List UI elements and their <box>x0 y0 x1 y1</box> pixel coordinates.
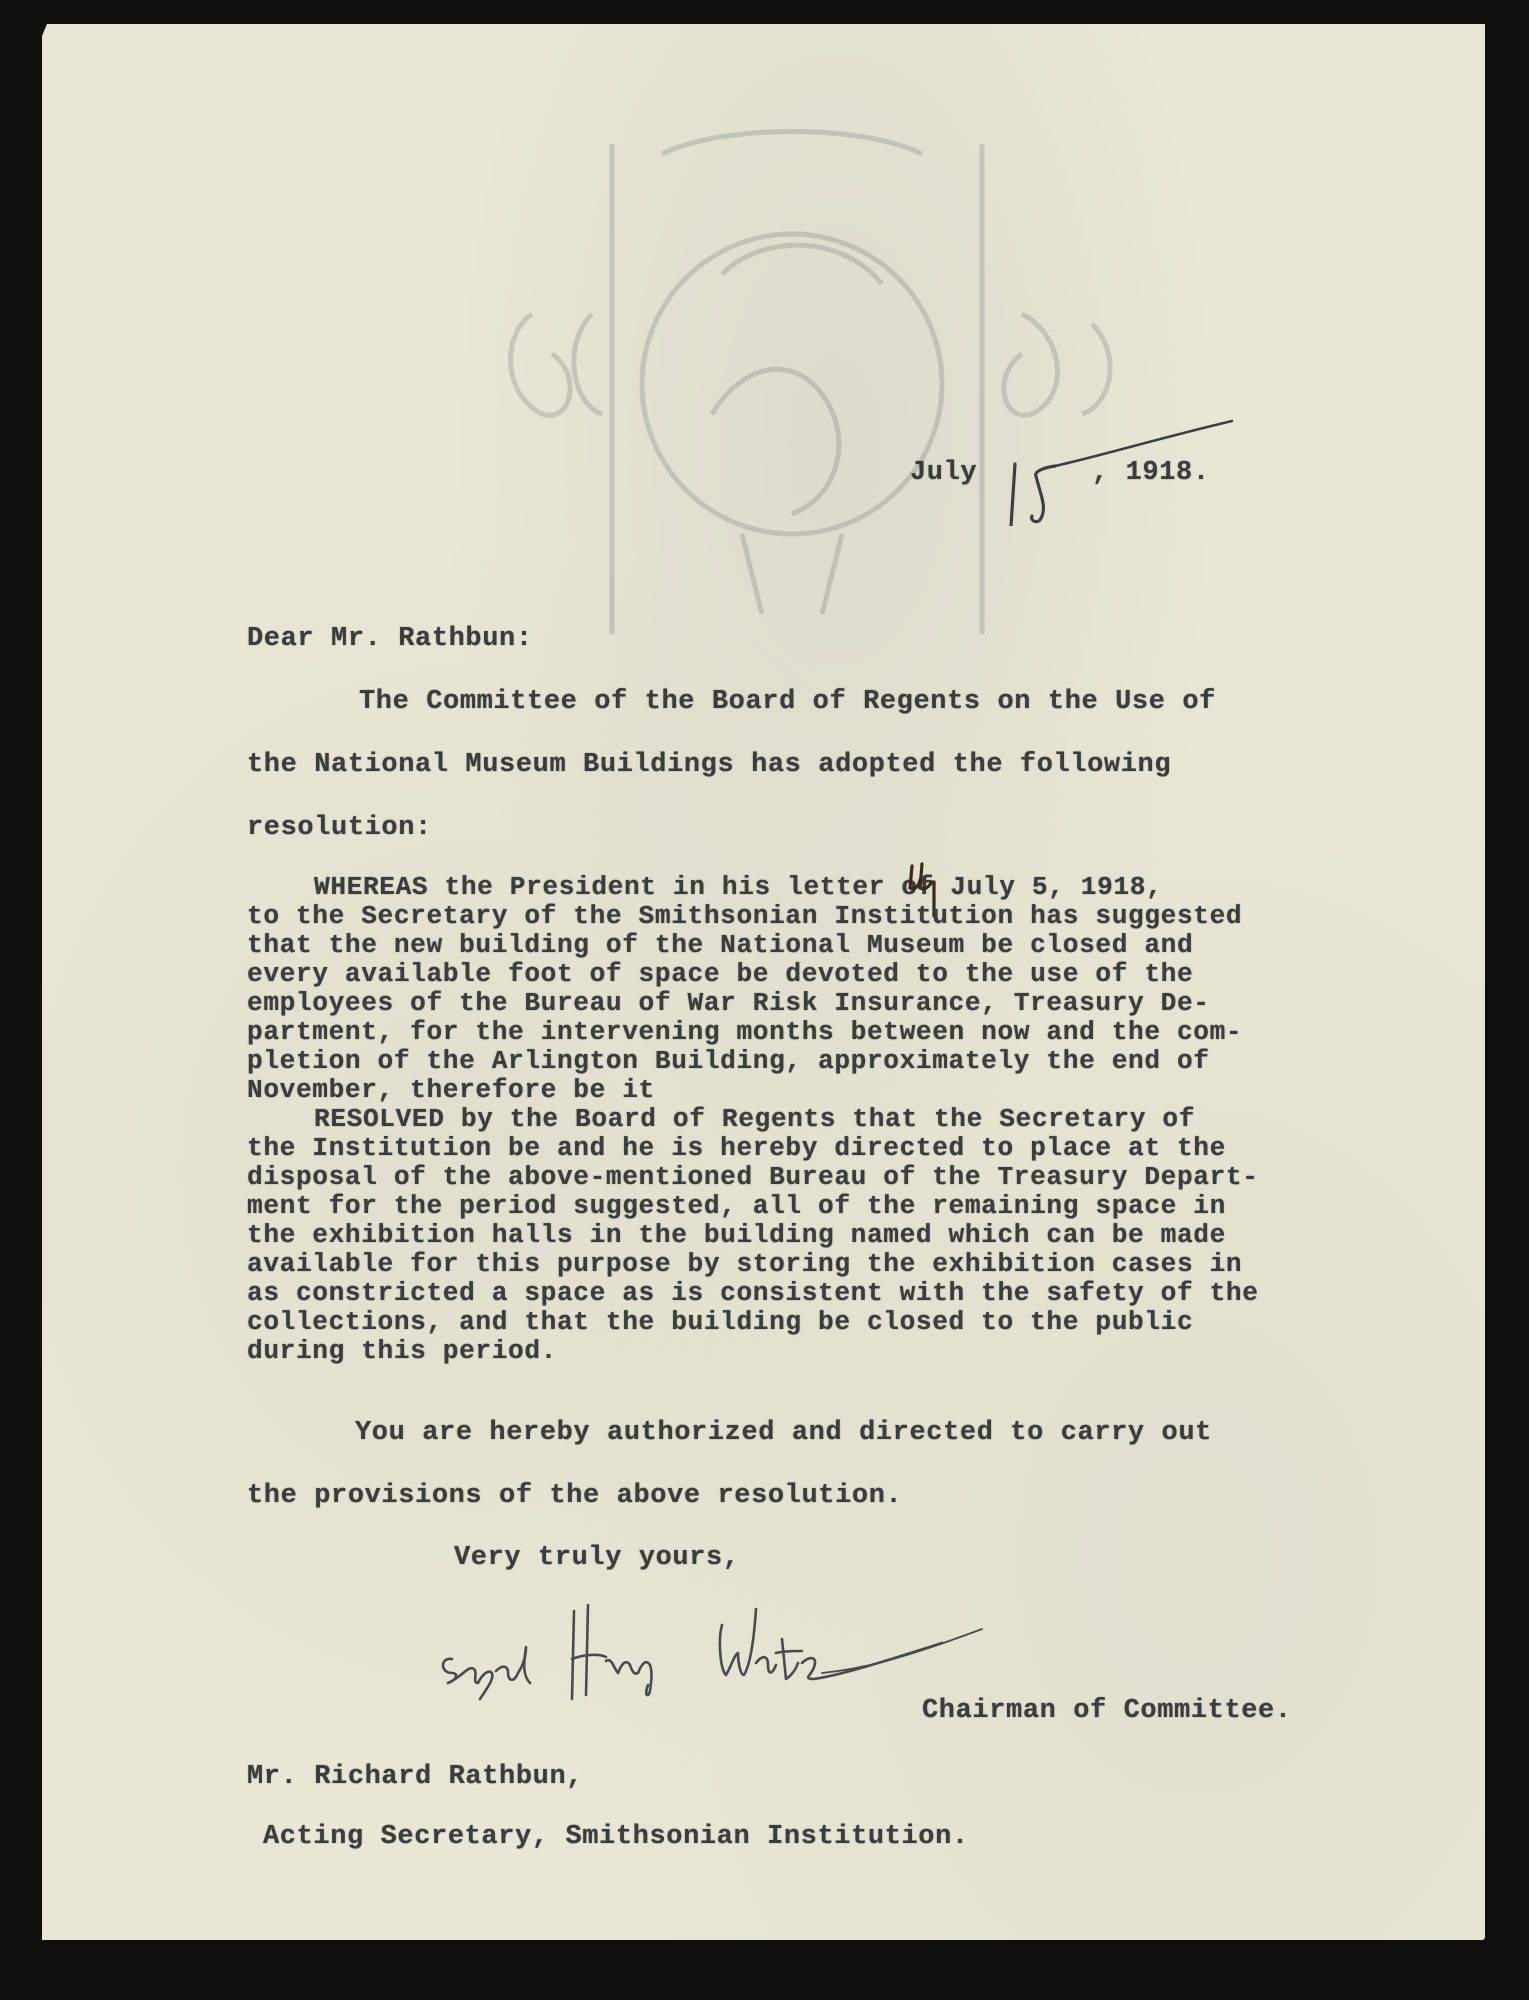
complimentary-close: Very truly yours, <box>454 1543 740 1573</box>
resolution-line-11: disposal of the above-mentioned Bureau o… <box>247 1162 1259 1192</box>
resolution-line-1: WHEREAS the President in his letter of J… <box>314 872 1162 902</box>
date-month: July <box>910 458 977 488</box>
resolution-line-12: ment for the period suggested, all of th… <box>247 1191 1226 1221</box>
resolution-line-17: during this period. <box>247 1336 557 1366</box>
watermark-emblem-icon <box>462 114 1142 634</box>
recipient-name: Mr. Richard Rathbun, <box>247 1762 583 1792</box>
resolution-line-9: RESOLVED by the Board of Regents that th… <box>314 1104 1195 1134</box>
resolution-line-5: employees of the Bureau of War Risk Insu… <box>247 988 1210 1018</box>
resolution-line-7: pletion of the Arlington Building, appro… <box>247 1046 1210 1076</box>
intro-line-2: the National Museum Buildings has adopte… <box>247 750 1171 780</box>
resolution-line-15: as constricted a space as is consistent … <box>247 1278 1259 1308</box>
resolution-line-6: partment, for the intervening months bet… <box>247 1017 1242 1047</box>
intro-line-1: The Committee of the Board of Regents on… <box>359 687 1216 717</box>
resolution-line-14: available for this purpose by storing th… <box>247 1249 1242 1279</box>
salutation: Dear Mr. Rathbun: <box>247 624 533 654</box>
resolution-line-8: November, therefore be it <box>247 1075 655 1105</box>
signer-title: Chairman of Committee. <box>922 1696 1292 1726</box>
resolution-line-4: every available foot of space be devoted… <box>247 959 1193 989</box>
intro-line-3: resolution: <box>247 813 432 843</box>
resolution-line-13: the exhibition halls in the building nam… <box>247 1220 1226 1250</box>
closing-line-2: the provisions of the above resolution. <box>247 1481 902 1511</box>
date-year: , 1918. <box>1092 458 1210 488</box>
resolution-line-3: that the new building of the National Mu… <box>247 930 1193 960</box>
resolution-line-16: collections, and that the building be cl… <box>247 1307 1193 1337</box>
letter-page: July , 1918. Dear Mr. Rathbun: The Commi… <box>42 24 1485 1940</box>
resolution-line-10: the Institution be and he is hereby dire… <box>247 1133 1226 1163</box>
recipient-title: Acting Secretary, Smithsonian Institutio… <box>263 1822 969 1852</box>
closing-line-1: You are hereby authorized and directed t… <box>355 1418 1212 1448</box>
resolution-line-2: to the Secretary of the Smithsonian Inst… <box>247 901 1242 931</box>
